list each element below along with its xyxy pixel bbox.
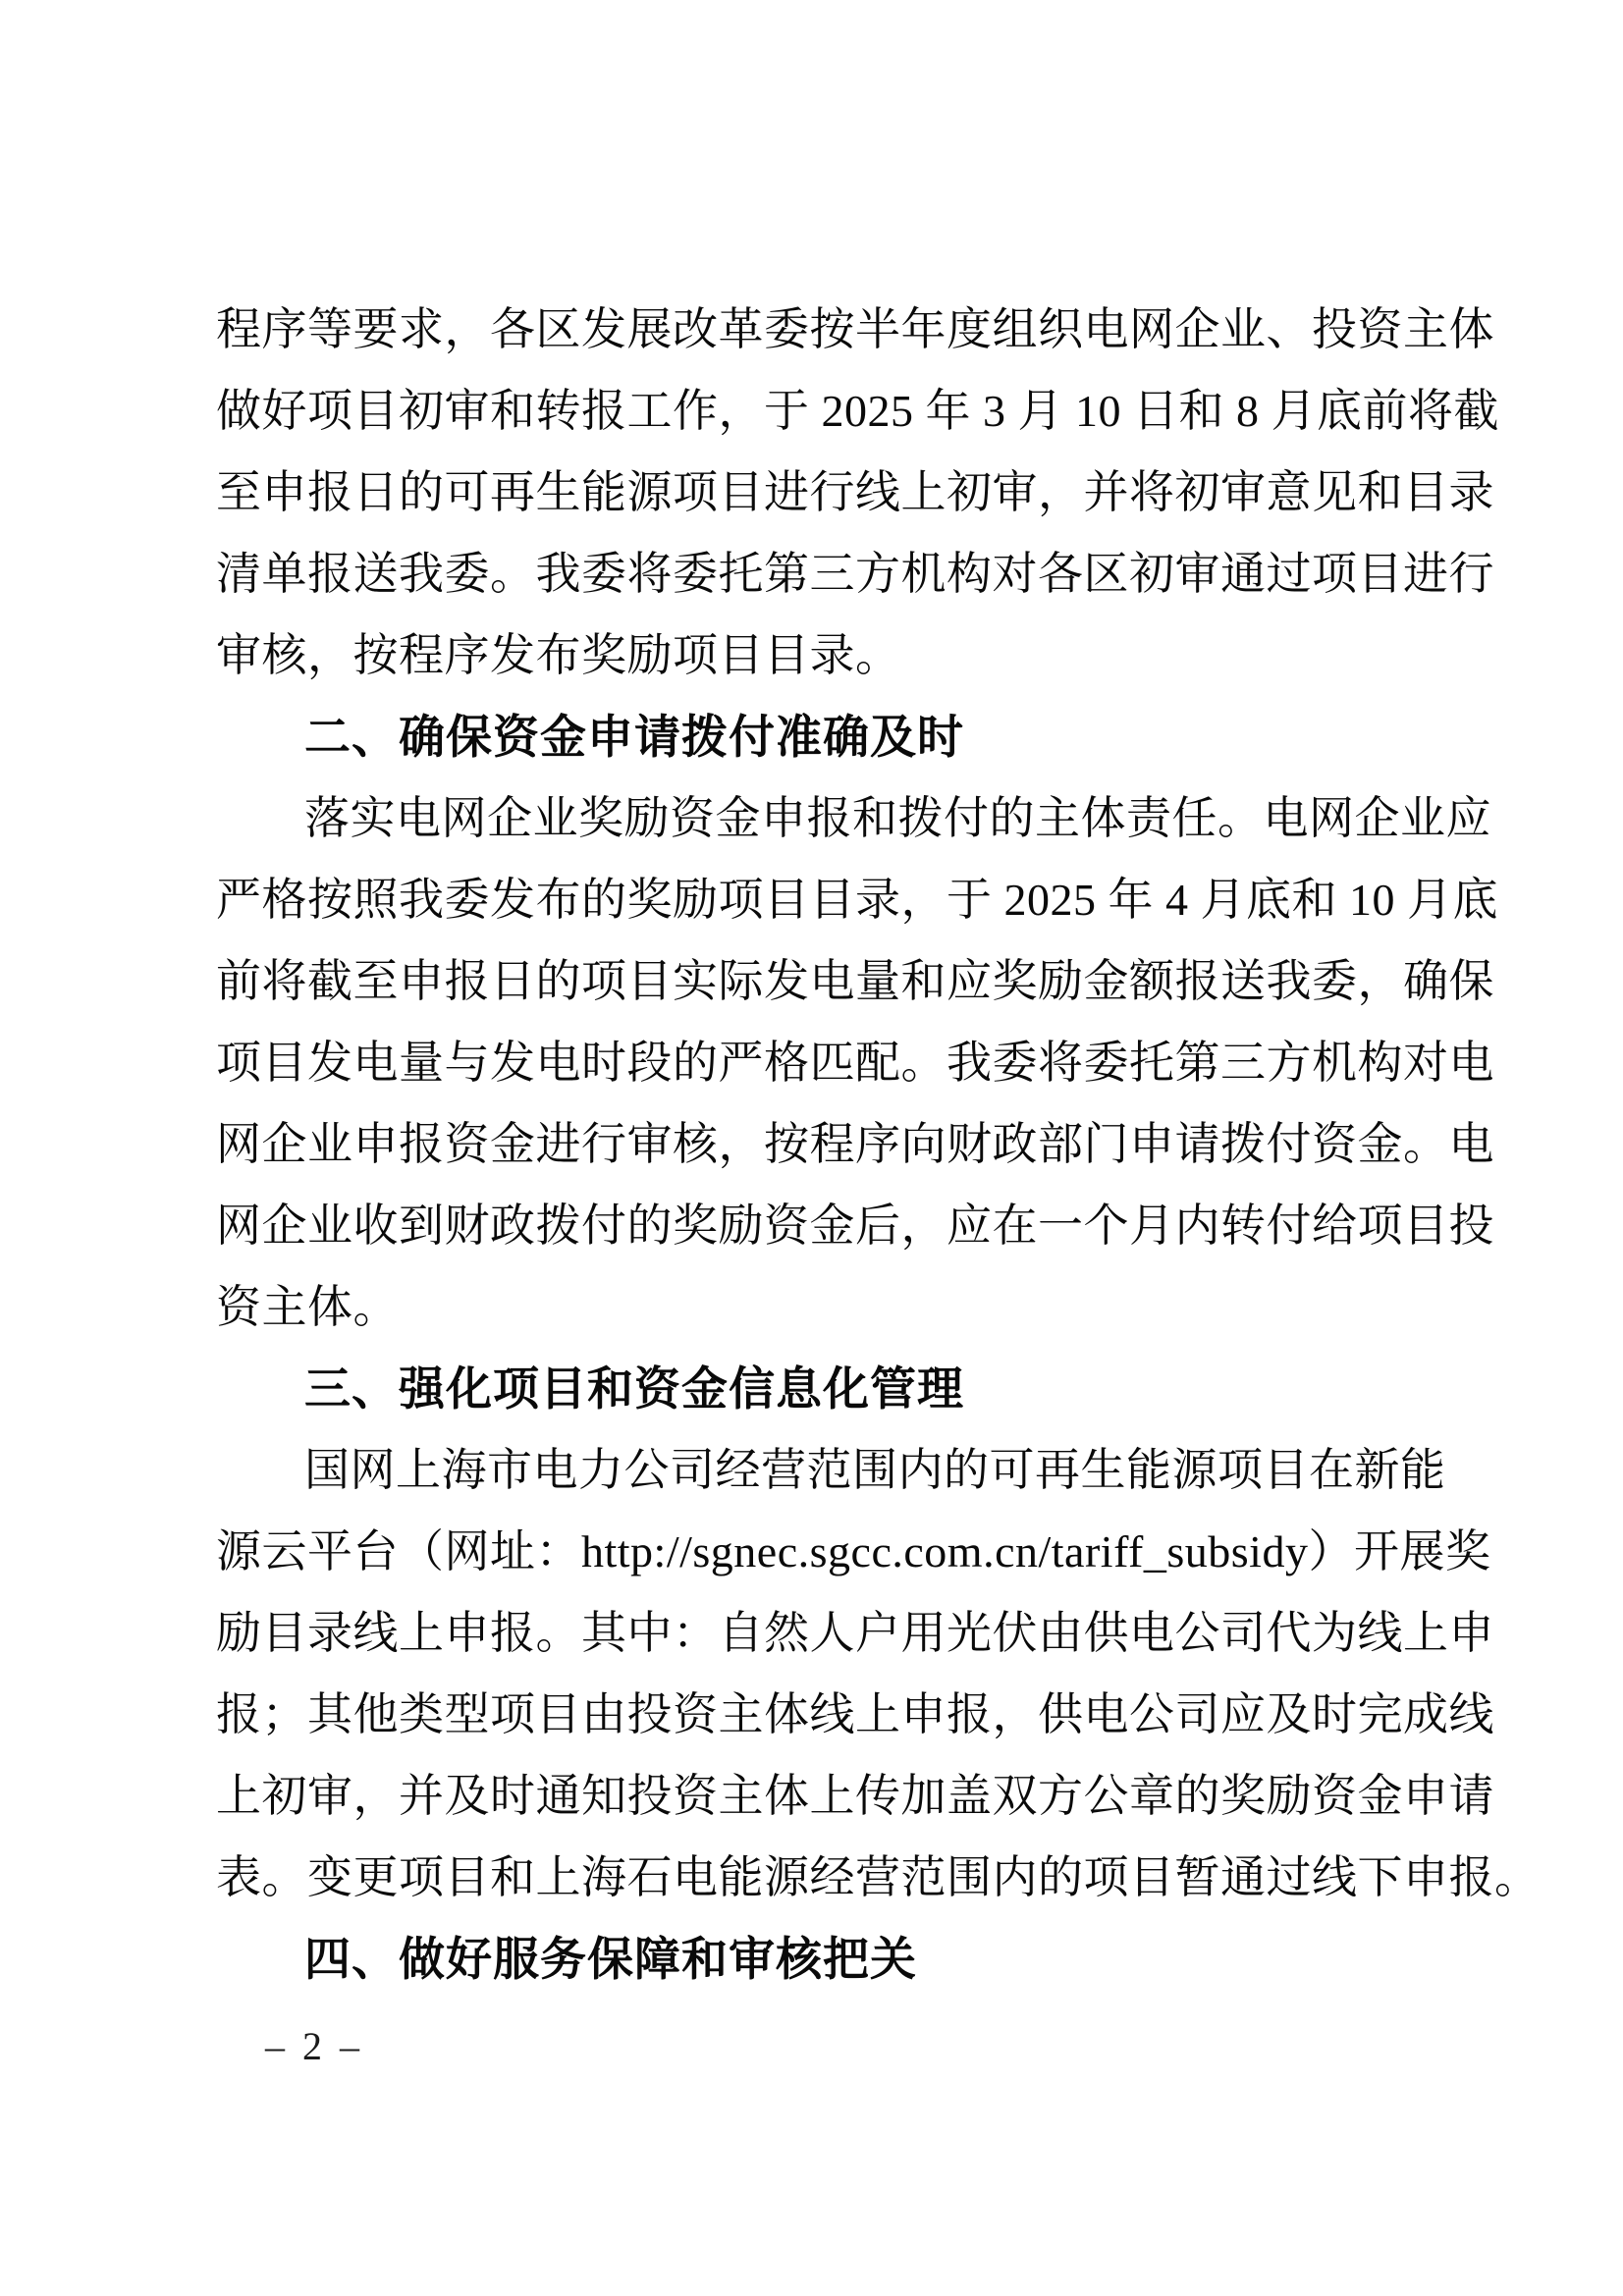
body-line: 上初审，并及时通知投资主体上传加盖双方公章的奖励资金申请 xyxy=(216,1755,1410,1837)
body-line: 网企业收到财政拨付的奖励资金后，应在一个月内转付给项目投 xyxy=(216,1185,1410,1266)
body-line: 做好项目初审和转报工作，于 2025 年 3 月 10 日和 8 月底前将截 xyxy=(216,370,1410,452)
body-line: 项目发电量与发电时段的严格匹配。我委将委托第三方机构对电 xyxy=(216,1022,1410,1103)
body-line: 程序等要求，各区发展改革委按半年度组织电网企业、投资主体 xyxy=(216,289,1410,370)
body-line: 网企业申报资金进行审核，按程序向财政部门申请拨付资金。电 xyxy=(216,1103,1410,1185)
body-line: 严格按照我委发布的奖励项目目录，于 2025 年 4 月底和 10 月底 xyxy=(216,859,1410,940)
body-line: 励目录线上申报。其中：自然人户用光伏由供电公司代为线上申 xyxy=(216,1592,1410,1674)
section-heading-2: 二、确保资金申请拨付准确及时 xyxy=(216,696,1410,777)
section-heading-4: 四、做好服务保障和审核把关 xyxy=(216,1918,1410,2000)
body-line: 清单报送我委。我委将委托第三方机构对各区初审通过项目进行 xyxy=(216,533,1410,614)
document-text-block: 程序等要求，各区发展改革委按半年度组织电网企业、投资主体 做好项目初审和转报工作… xyxy=(216,289,1410,2000)
body-line-first-indent: 国网上海市电力公司经营范围内的可再生能源项目在新能 xyxy=(216,1429,1410,1511)
section-heading-3: 三、强化项目和资金信息化管理 xyxy=(216,1348,1410,1429)
body-line: 报；其他类型项目由投资主体线上申报，供电公司应及时完成线 xyxy=(216,1674,1410,1755)
body-line-paragraph-end: 审核，按程序发布奖励项目目录。 xyxy=(216,614,1410,696)
body-line: 表。变更项目和上海石电能源经营范围内的项目暂通过线下申报。 xyxy=(216,1837,1410,1918)
body-line-paragraph-end: 资主体。 xyxy=(216,1266,1410,1348)
body-line: 至申报日的可再生能源项目进行线上初审，并将初审意见和目录 xyxy=(216,452,1410,533)
body-line-first-indent: 落实电网企业奖励资金申报和拨付的主体责任。电网企业应 xyxy=(216,777,1410,859)
page-number: – 2 – xyxy=(265,2024,359,2069)
document-page: 程序等要求，各区发展改革委按半年度组织电网企业、投资主体 做好项目初审和转报工作… xyxy=(0,0,1623,2296)
body-line-with-url: 源云平台（网址：http://sgnec.sgcc.com.cn/tariff_… xyxy=(216,1511,1410,1592)
body-line: 前将截至申报日的项目实际发电量和应奖励金额报送我委，确保 xyxy=(216,940,1410,1022)
